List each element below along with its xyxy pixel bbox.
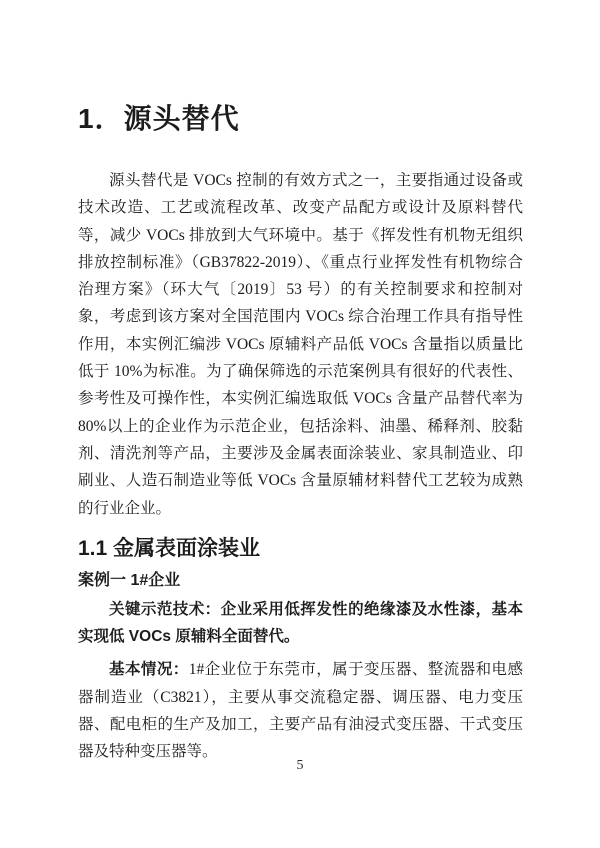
- page-content: 1．源头替代 源头替代是 VOCs 控制的有效方式之一，主要指通过设备或技术改造…: [78, 100, 523, 766]
- intro-paragraph: 源头替代是 VOCs 控制的有效方式之一，主要指通过设备或技术改造、工艺或流程改…: [78, 167, 523, 522]
- basic-info-paragraph: 基本情况：1#企业位于东莞市，属于变压器、整流器和电感器制造业（C3821），主…: [78, 656, 523, 765]
- key-tech-paragraph: 关键示范技术：企业采用低挥发性的绝缘漆及水性漆，基本实现低 VOCs 原辅料全面…: [78, 596, 523, 651]
- page-number: 5: [0, 756, 600, 776]
- basic-info-label: 基本情况：: [109, 661, 189, 678]
- chapter-title: 1．源头替代: [78, 100, 523, 138]
- section-heading: 1.1 金属表面涂装业: [78, 534, 523, 564]
- document-page: 1．源头替代 源头替代是 VOCs 控制的有效方式之一，主要指通过设备或技术改造…: [0, 0, 600, 848]
- case-heading: 案例一 1#企业: [78, 568, 523, 594]
